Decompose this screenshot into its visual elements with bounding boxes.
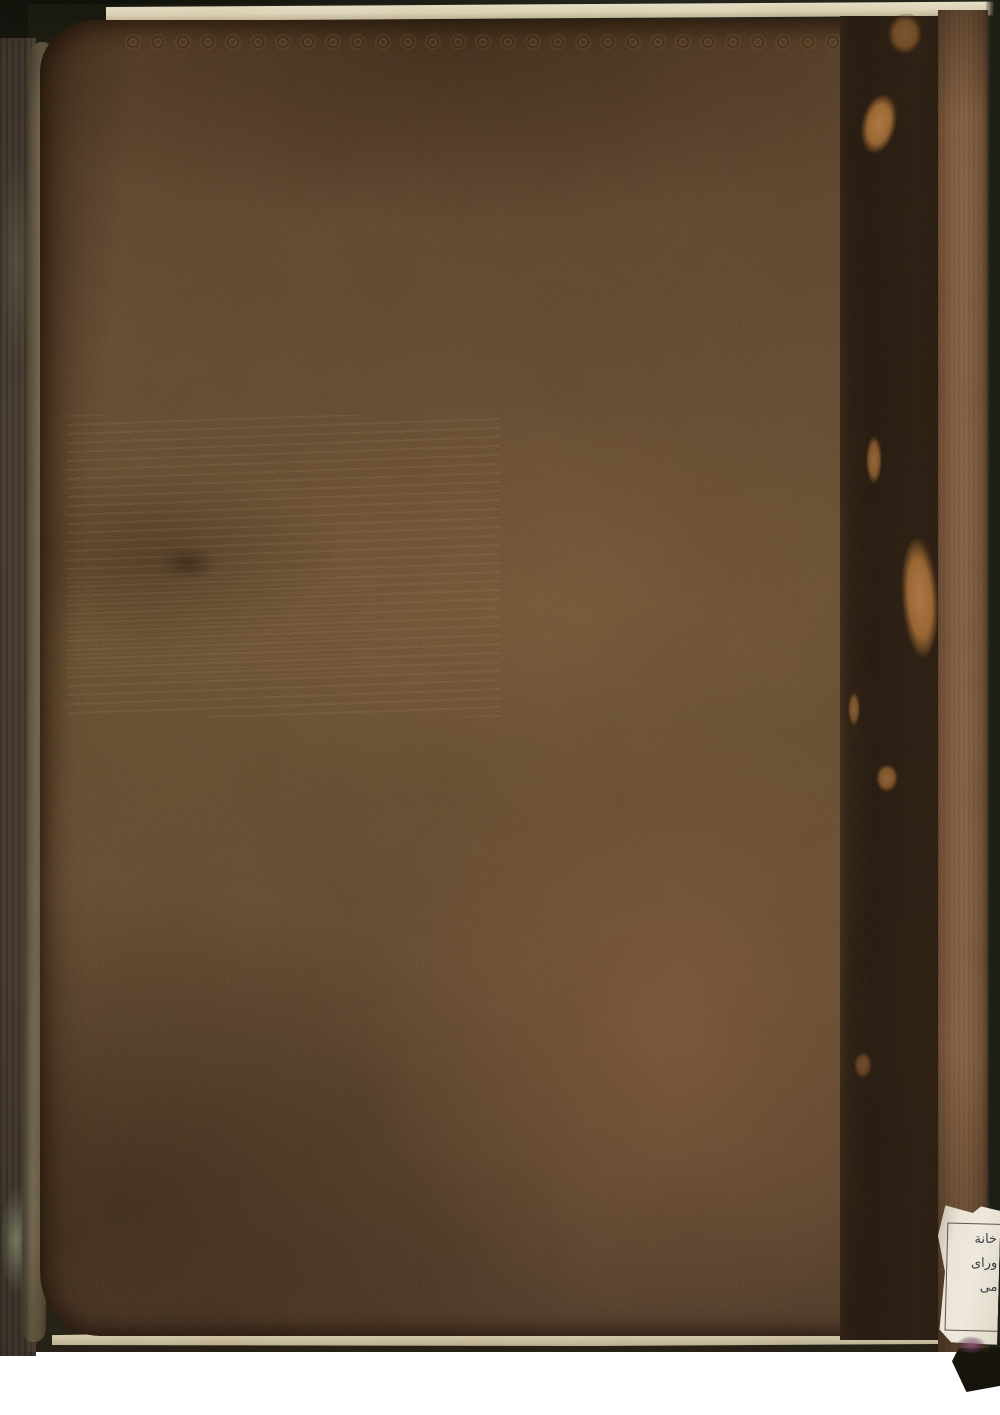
- label-text-line: می: [939, 1276, 997, 1301]
- bottom-right-shadow: [952, 1348, 1000, 1392]
- right-shadow-edge: [986, 0, 1000, 1352]
- leather-tear-patch: [898, 537, 942, 659]
- leather-tear-patch: [866, 436, 882, 484]
- manuscript-cover-scan: خانة ورای می: [0, 0, 1000, 1415]
- leather-tear-patch: [888, 14, 922, 54]
- leather-tear-patch: [854, 1052, 872, 1078]
- purple-stain: [956, 1336, 986, 1354]
- blind-stamped-border: [121, 29, 924, 55]
- spine-strip: [938, 10, 988, 1352]
- leather-tear-patch: [856, 91, 902, 157]
- label-handwriting: خانة ورای می: [939, 1228, 998, 1301]
- leather-cover: [40, 20, 942, 1336]
- worn-hinge-band: [840, 16, 942, 1340]
- leather-tear-patch: [848, 692, 860, 726]
- scuff-streaks-lower: [67, 573, 374, 678]
- leather-tear-patch: [876, 764, 898, 792]
- label-text-line: خانة: [939, 1228, 997, 1253]
- label-text-line: ورای: [939, 1252, 997, 1277]
